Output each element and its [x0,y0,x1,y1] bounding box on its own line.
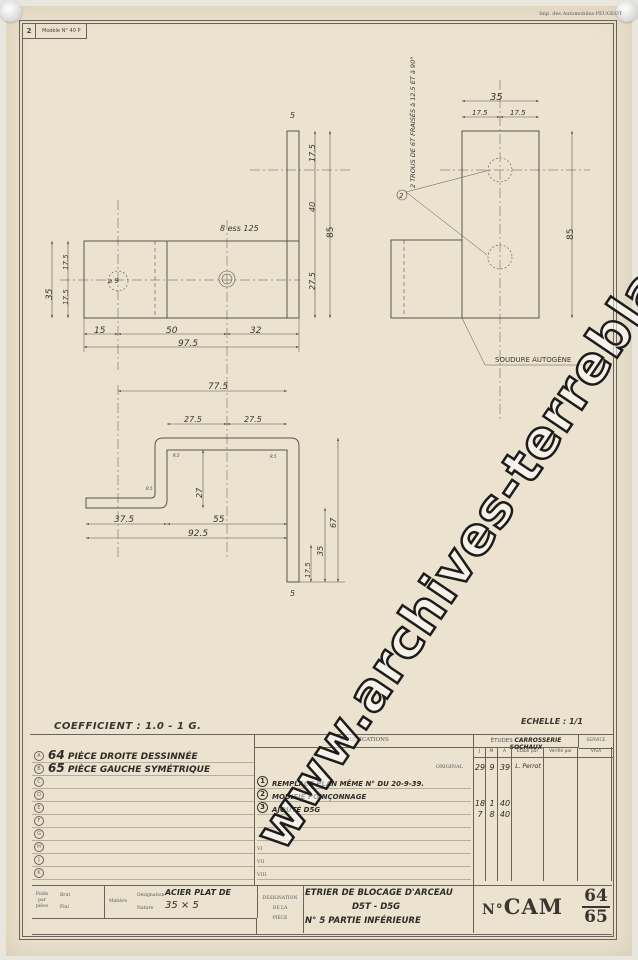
svg-text:27.5: 27.5 [244,415,262,424]
svg-text:77.5: 77.5 [208,382,228,392]
svg-text:35: 35 [316,546,325,556]
svg-text:35: 35 [490,92,503,103]
svg-text:27.5: 27.5 [308,272,317,290]
part-designation: DÉSIGNATION DE LA PIÈCE ETRIER DE BLOCAG… [257,886,474,933]
svg-text:2: 2 [399,192,404,200]
svg-text:17.5: 17.5 [308,144,317,162]
svg-text:27.5: 27.5 [184,415,202,424]
svg-text:85: 85 [326,227,336,238]
svg-text:8 ess 125: 8 ess 125 [220,224,259,233]
etudes-row: 18 1 40 [474,799,614,808]
svg-text:55: 55 [213,515,225,525]
profile-view [86,380,345,582]
coefficient: COEFFICIENT : 1.0 - 1 G. [54,721,201,732]
svg-text:17.5: 17.5 [472,109,488,117]
legend-table: A64 PIÈCE DROITE DESSINNÉE B65 PIÈCE GAU… [32,735,255,885]
svg-text:17.5: 17.5 [510,109,526,117]
svg-text:17.5: 17.5 [304,562,312,578]
svg-text:17.5: 17.5 [62,254,70,270]
svg-text:R.5: R.5 [270,454,277,459]
etudes-row: 7 8 40 [474,810,614,819]
svg-text:85: 85 [566,229,576,240]
front-view [52,200,300,380]
svg-text:32: 32 [250,326,262,336]
svg-text:27: 27 [195,487,204,498]
dim-side-thickness: 5 [290,111,295,120]
svg-text:40: 40 [308,202,317,212]
svg-text:97.5: 97.5 [178,339,198,349]
svg-text:2 TROUS DE 6T FRAISÉS à 12.5 E: 2 TROUS DE 6T FRAISÉS à 12.5 ET à 90° [408,57,417,188]
material-block: Poids par pièce Brut Fini Matière Désign… [32,885,612,935]
etudes-table: ÉTUDES CARROSSERIE SOCHAUX SERVICE J M A… [474,735,614,885]
svg-text:⌀ 9: ⌀ 9 [108,277,119,285]
svg-text:17.5: 17.5 [62,289,70,305]
svg-text:50: 50 [166,326,178,336]
scale: ECHELLE : 1/1 [521,717,583,726]
svg-text:35: 35 [45,288,55,300]
etudes-row: 29 9 39 L. Perrot [474,763,614,772]
svg-text:37.5: 37.5 [114,515,134,525]
svg-text:15: 15 [94,326,106,336]
etudes-columns: J M A Établi par Vérifié par VISA [474,747,614,758]
svg-text:R.5: R.5 [173,453,180,458]
svg-text:92.5: 92.5 [188,529,208,539]
svg-text:R.5: R.5 [146,486,153,491]
drawing-number: N°CAM 64 65 [474,886,612,933]
svg-text:5: 5 [290,589,295,598]
svg-text:67: 67 [329,517,338,528]
side-view [250,131,350,318]
